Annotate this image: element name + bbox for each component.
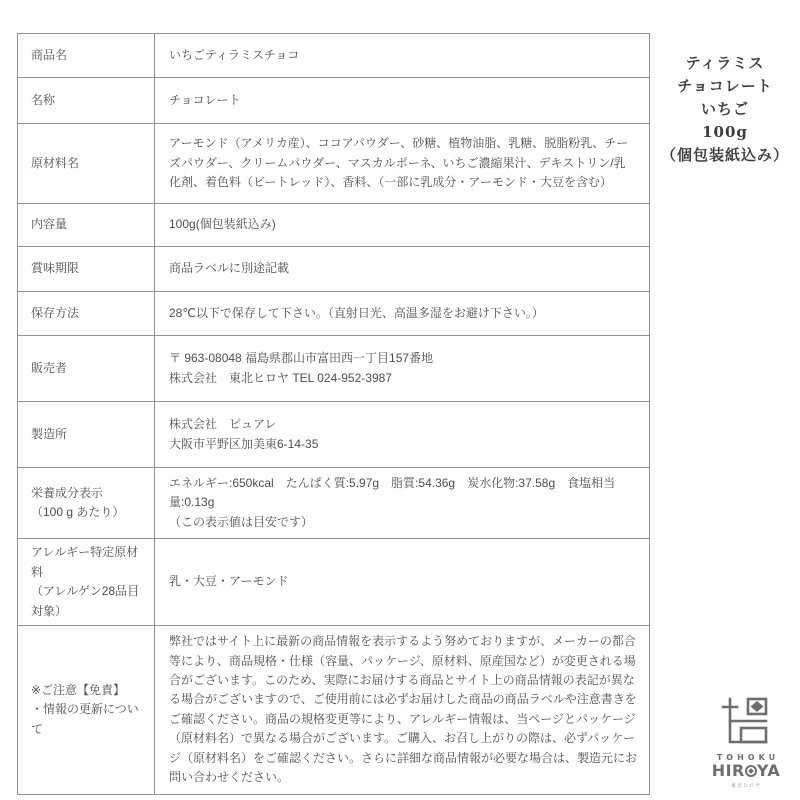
row-label-seller: 販売者: [18, 336, 155, 402]
product-title-block: ティラミス チョコレート いちご 100g （個包装紙込み）: [650, 52, 800, 167]
logo-hiroya-pre: HIR: [712, 761, 745, 780]
row-value-category: チョコレート: [155, 78, 650, 124]
product-title-line: （個包装紙込み）: [650, 144, 800, 167]
product-title-line: チョコレート: [650, 75, 800, 98]
row-label-net-content: 内容量: [18, 204, 155, 247]
row-value-product-name: いちごティラミスチョコ: [155, 34, 650, 78]
table-row: 賞味期限 商品ラベルに別途記載: [18, 247, 650, 292]
row-value-allergens: 乳・大豆・アーモンド: [155, 539, 650, 626]
row-value-storage: 28℃以下で保存して下さい。（直射日光、高温多湿をお避け下さい。）: [155, 292, 650, 336]
row-value-net-content: 100g(個包装紙込み): [155, 204, 650, 247]
diamond-o-icon: [745, 765, 757, 777]
row-label-disclaimer: ※ご注意【免責】 ・情報の更新について: [18, 626, 155, 795]
row-value-nutrition: エネルギー:650kcal たんぱく質:5.97g 脂質:54.36g 炭水化物…: [155, 468, 650, 539]
row-value-disclaimer: 弊社ではサイト上に最新の商品情報を表示するよう努めておりますが、メーカーの都合等…: [155, 626, 650, 795]
row-label-product-name: 商品名: [18, 34, 155, 78]
table-row: 製造所 株式会社 ピュアレ 大阪市平野区加美東6-14-35: [18, 402, 650, 468]
product-title-line: いちご: [650, 98, 800, 121]
hiroya-logo-mark-icon: [721, 697, 771, 749]
product-title-line: ティラミス: [650, 52, 800, 75]
row-value-ingredients: アーモンド（アメリカ産）、ココアパウダー、砂糖、植物油脂、乳糖、脱脂粉乳、チーズ…: [155, 124, 650, 204]
hiroya-brand-logo: TOHOKU HIRYA 東北ヒロヤ: [700, 697, 792, 789]
table-row: 内容量 100g(個包装紙込み): [18, 204, 650, 247]
row-value-manufacturer: 株式会社 ピュアレ 大阪市平野区加美東6-14-35: [155, 402, 650, 468]
row-label-manufacturer: 製造所: [18, 402, 155, 468]
table-row: 名称 チョコレート: [18, 78, 650, 124]
logo-subtext: 東北ヒロヤ: [700, 782, 792, 789]
row-label-storage: 保存方法: [18, 292, 155, 336]
logo-hiroya-post: YA: [757, 761, 780, 780]
table-row: ※ご注意【免責】 ・情報の更新について 弊社ではサイト上に最新の商品情報を表示す…: [18, 626, 650, 795]
row-value-best-before: 商品ラベルに別途記載: [155, 247, 650, 292]
table-row: 商品名 いちごティラミスチョコ: [18, 34, 650, 78]
row-label-ingredients: 原材料名: [18, 124, 155, 204]
table-row: 保存方法 28℃以下で保存して下さい。（直射日光、高温多湿をお避け下さい。）: [18, 292, 650, 336]
row-label-category: 名称: [18, 78, 155, 124]
row-value-seller: 〒 963-08048 福島県郡山市富田西一丁目157番地 株式会社 東北ヒロヤ…: [155, 336, 650, 402]
product-spec-table: 商品名 いちごティラミスチョコ 名称 チョコレート 原材料名 アーモンド（アメリ…: [17, 33, 650, 795]
row-label-best-before: 賞味期限: [18, 247, 155, 292]
table-row: 原材料名 アーモンド（アメリカ産）、ココアパウダー、砂糖、植物油脂、乳糖、脱脂粉…: [18, 124, 650, 204]
table-row: 栄養成分表示 （100 g あたり） エネルギー:650kcal たんぱく質:5…: [18, 468, 650, 539]
row-label-nutrition: 栄養成分表示 （100 g あたり）: [18, 468, 155, 539]
table-row: アレルギー特定原材料 （アレルゲン28品目対象） 乳・大豆・アーモンド: [18, 539, 650, 626]
product-title-line: 100g: [650, 121, 800, 144]
row-label-allergens: アレルギー特定原材料 （アレルゲン28品目対象）: [18, 539, 155, 626]
table-row: 販売者 〒 963-08048 福島県郡山市富田西一丁目157番地 株式会社 東…: [18, 336, 650, 402]
logo-hiroya-text: HIRYA: [700, 762, 792, 780]
